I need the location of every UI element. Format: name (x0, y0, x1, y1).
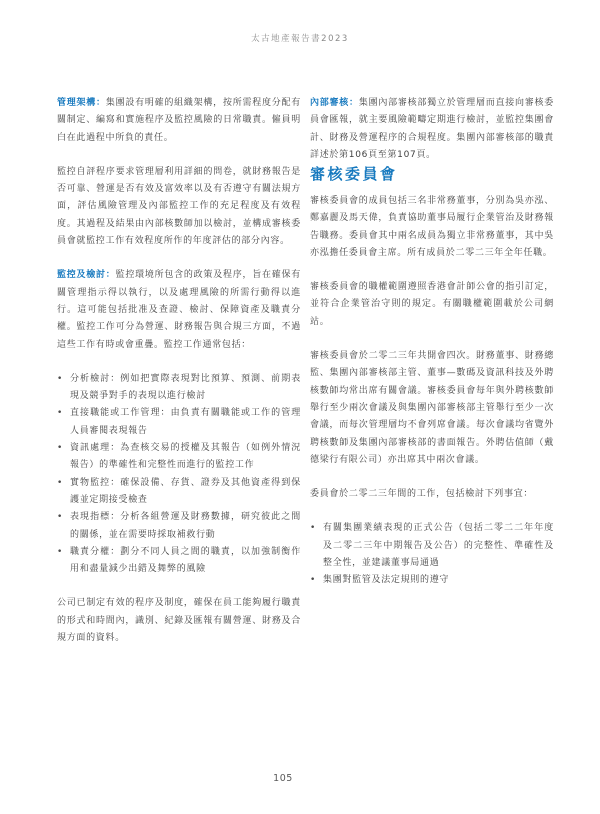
internal-audit-paragraph: 內部審核：集團內部審核部獨立於管理層而直接向審核委員會匯報，就主要風險範疇定期進… (310, 95, 554, 164)
right-column: 內部審核：集團內部審核部獨立於管理層而直接向審核委員會匯報，就主要風險範疇定期進… (310, 95, 554, 664)
paragraph-text: 監控環境所包含的政策及程序，旨在確保有關管理指示得以執行，以及處理風險的所需行動… (57, 270, 301, 349)
management-structure-paragraph: 管理架構：集團設有明確的組織架構，按所需程度分配有關制定、編寫和實施程序及監控風… (57, 95, 301, 147)
monitoring-review-label: 監控及檢討： (57, 270, 116, 280)
internal-audit-label: 內部審核： (310, 98, 359, 108)
audit-committee-heading: 審核委員會 (310, 165, 554, 184)
list-item: 集團對監管及法定規則的遵守 (310, 572, 554, 589)
committee-members-paragraph: 審核委員會的成員包括三名非常務董事，分別為吳亦泓、鄭嘉麗及馬天偉，負責協助董事局… (310, 193, 554, 262)
page-number: 105 (0, 773, 566, 784)
committee-work-intro-paragraph: 委員會於二零二三年間的工作，包括檢討下列事宜： (310, 486, 554, 503)
monitoring-review-paragraph: 監控及檢討：監控環境所包含的政策及程序，旨在確保有關管理指示得以執行，以及處理風… (57, 267, 301, 353)
bullet-icon (310, 520, 323, 572)
list-item: 職責分權：劃分不同人員之間的職責，以加強制衡作用和盡量減少出錯及舞弊的風險 (57, 544, 301, 579)
list-item: 表現指標：分析各組營運及財務數據，研究彼此之間的關係，並在需要時採取補救行動 (57, 509, 301, 544)
procedures-paragraph: 公司已制定有效的程序及制度，確保在員工能夠履行職責的形式和時間內，識別、紀錄及匯… (57, 595, 301, 647)
list-item: 分析檢討：例如把實際表現對比預算、預測、前期表現及競爭對手的表現以進行檢討 (57, 371, 301, 406)
self-assessment-paragraph: 監控自評程序要求管理層利用詳細的問卷，就財務報告是否可靠、營運是否有效及富效率以… (57, 164, 301, 250)
bullet-icon (57, 475, 70, 510)
bullet-icon (57, 440, 70, 475)
bullet-icon (310, 572, 323, 589)
bullet-icon (57, 405, 70, 440)
bullet-icon (57, 544, 70, 579)
bullet-icon (57, 509, 70, 544)
control-activities-list: 分析檢討：例如把實際表現對比預算、預測、前期表現及競爭對手的表現以進行檢討 直接… (57, 371, 301, 579)
committee-work-list: 有關集團業績表現的正式公告（包括二零二二年年度及二零二三年中期報告及公告）的完整… (310, 520, 554, 589)
two-column-body: 管理架構：集團設有明確的組織架構，按所需程度分配有關制定、編寫和實施程序及監控風… (57, 95, 554, 664)
list-item: 實物監控：確保設備、存貨、證券及其他資產得到保護並定期接受檢查 (57, 475, 301, 510)
list-item: 資訊處理：為查核交易的授權及其報告（如例外情況報告）的準確性和完整性而進行的監控… (57, 440, 301, 475)
bullet-icon (57, 371, 70, 406)
committee-meetings-paragraph: 審核委員會於二零二三年共開會四次。財務董事、財務總監、集團內部審核部主管、董事—… (310, 348, 554, 469)
document-page: 太古地產報告書2023 管理架構：集團設有明確的組織架構，按所需程度分配有關制定… (0, 0, 600, 814)
list-item: 有關集團業績表現的正式公告（包括二零二二年年度及二零二三年中期報告及公告）的完整… (310, 520, 554, 572)
terms-of-reference-paragraph: 審核委員會的職權範圍遵照香港會計師公會的指引訂定，並符合企業管治守則的規定。有關… (310, 279, 554, 331)
management-structure-label: 管理架構： (57, 98, 106, 108)
report-title: 太古地產報告書2023 (0, 32, 600, 44)
list-item: 直接職能或工作管理：由負責有關職能或工作的管理人員審閱表現報告 (57, 405, 301, 440)
left-column: 管理架構：集團設有明確的組織架構，按所需程度分配有關制定、編寫和實施程序及監控風… (57, 95, 301, 664)
